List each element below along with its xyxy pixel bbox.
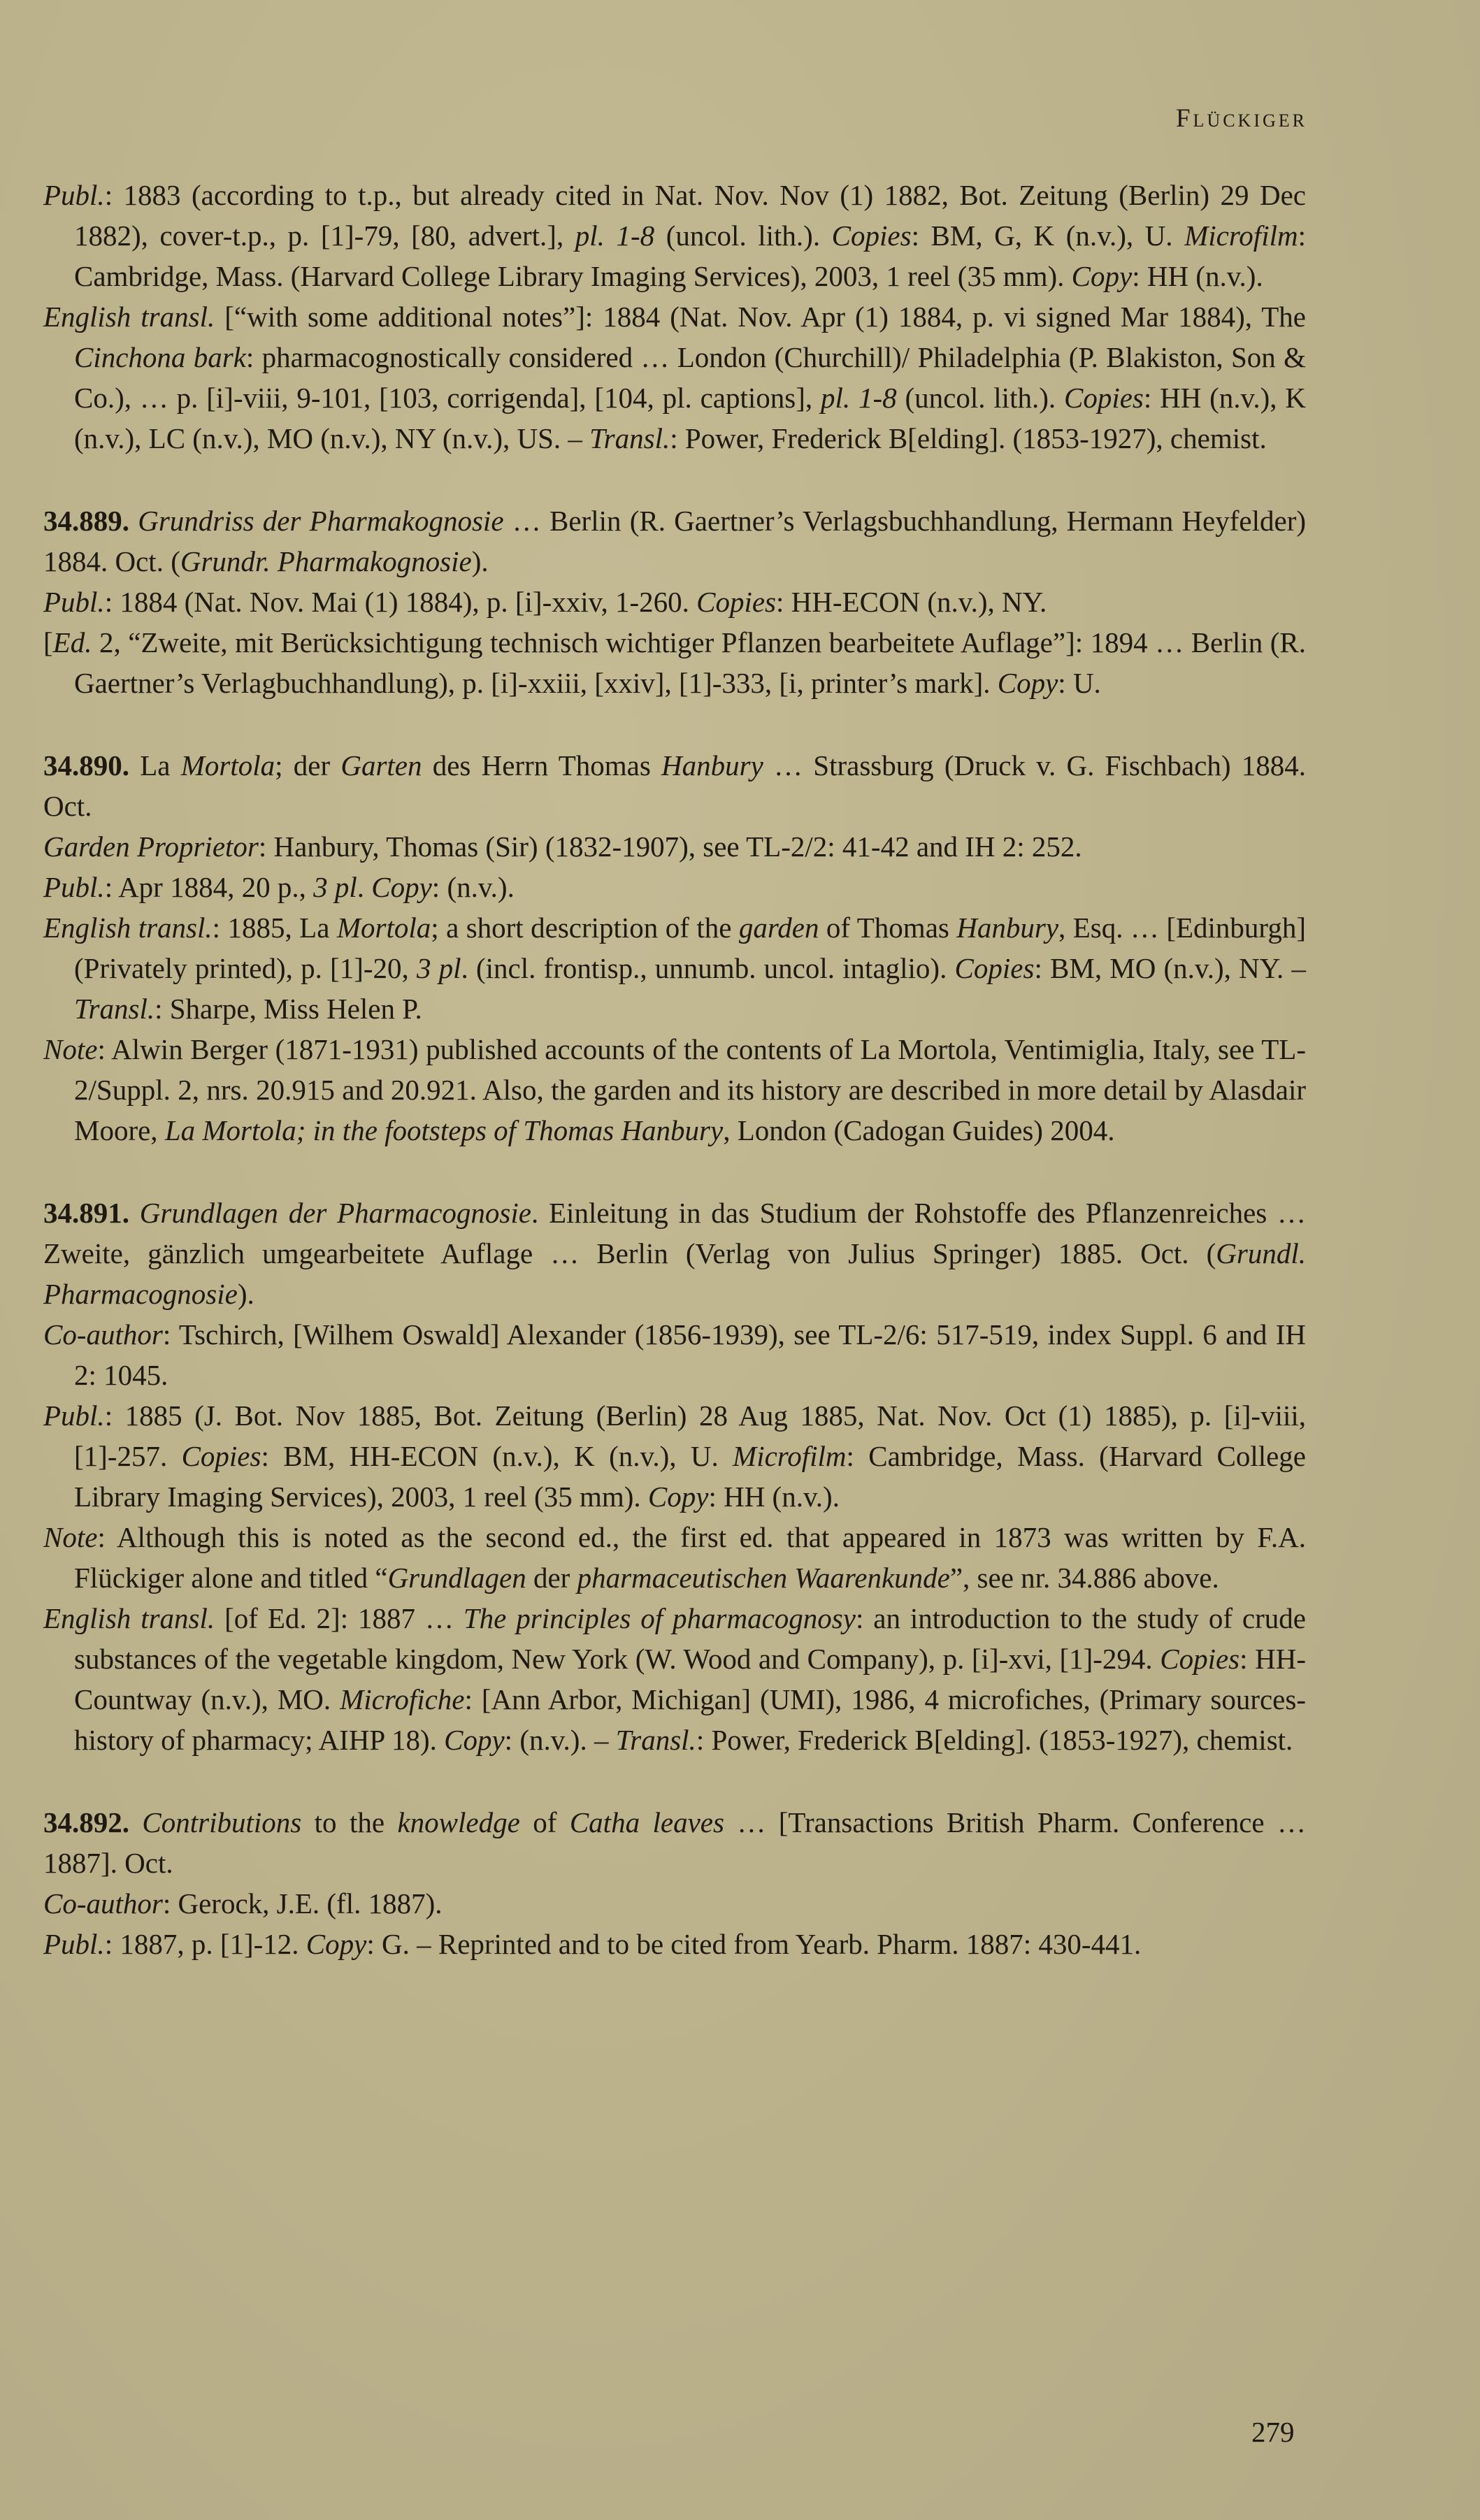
text: : 1884 (Nat. Nov. Mai (1) 1884), p. [i]-… [105, 586, 696, 618]
text: ; der [275, 749, 340, 782]
text: : (n.v.). [432, 871, 515, 903]
entry-heading: 34.890. La Mortola; der Garten des Herrn… [43, 745, 1306, 826]
italic-text: Note [43, 1521, 97, 1553]
italic-text: Contributions [142, 1806, 301, 1838]
italic-text: Transl. [616, 1724, 696, 1756]
italic-text: Copy [998, 667, 1058, 699]
entry-field: Co-author: Gerock, J.E. (fl. 1887). [43, 1883, 1306, 1924]
entry-number: 34.892. [43, 1806, 129, 1838]
text: ). [238, 1278, 254, 1310]
text: : (n.v.). – [505, 1724, 616, 1756]
italic-text: Grundr. Pharmakognosie [180, 545, 472, 577]
entry-number: 34.891. [43, 1197, 129, 1229]
entry-heading: 34.889. Grundriss der Pharmakognosie … B… [43, 501, 1306, 582]
italic-text: Copies [182, 1440, 261, 1472]
entry-34-892: 34.892. Contributions to the knowledge o… [43, 1802, 1306, 1964]
entry-field: Publ.: 1887, p. [1]-12. Copy: G. – Repri… [43, 1924, 1306, 1964]
italic-text: Grundlagen der Pharmacognosie [140, 1197, 531, 1229]
text: : G. – Reprinted and to be cited from Ye… [366, 1928, 1141, 1960]
text: : 1885, La [213, 912, 337, 944]
entry-field: Note: Alwin Berger (1871-1931) published… [43, 1029, 1306, 1151]
italic-text: Mortola [337, 912, 431, 944]
italic-text: Publ. [43, 586, 105, 618]
entry-field: [Ed. 2, “Zweite, mit Berücksichtigung te… [43, 622, 1306, 703]
italic-text: English transl. [43, 912, 213, 944]
italic-text: Copies [832, 219, 912, 252]
text: : BM, HH-ECON (n.v.), K (n.v.), U. [261, 1440, 733, 1472]
entry-field: Garden Proprietor: Hanbury, Thomas (Sir)… [43, 826, 1306, 867]
italic-text: La Mortola; in the footsteps of Thomas H… [165, 1114, 723, 1146]
italic-text: Microfilm [733, 1440, 846, 1472]
italic-text: Cinchona bark [74, 341, 246, 373]
text: : Gerock, J.E. (fl. 1887). [163, 1887, 443, 1920]
entry-field: Publ.: 1884 (Nat. Nov. Mai (1) 1884), p.… [43, 582, 1306, 622]
italic-text: knowledge [397, 1806, 519, 1838]
italic-text: Copy [648, 1481, 709, 1513]
italic-text: Note [43, 1033, 97, 1065]
text: : 1887, p. [1]-12. [105, 1928, 306, 1960]
text: der [526, 1562, 577, 1594]
text: : Tschirch, [Wilhem Oswald] Alexander (1… [74, 1318, 1306, 1391]
text: ”, see nr. 34.886 above. [950, 1562, 1219, 1594]
text [129, 1806, 142, 1838]
italic-text: English transl. [43, 301, 215, 333]
entry-34-891: 34.891. Grundlagen der Pharmacognosie. E… [43, 1193, 1306, 1760]
entry-heading: 34.892. Contributions to the knowledge o… [43, 1802, 1306, 1883]
text: : Power, Frederick B[elding]. (1853-1927… [696, 1724, 1293, 1756]
text: of [520, 1806, 570, 1838]
entry-number: 34.890. [43, 749, 129, 782]
italic-text: Grundriss der Pharmakognosie [138, 505, 503, 537]
italic-text: pl. 1-8 [575, 219, 654, 252]
italic-text: Copy [444, 1724, 505, 1756]
italic-text: Copies [1064, 382, 1144, 414]
italic-text: Mortola [181, 749, 275, 782]
text: La [129, 749, 181, 782]
italic-text: Hanbury [956, 912, 1058, 944]
entry-field: Publ.: Apr 1884, 20 p., 3 pl. Copy: (n.v… [43, 867, 1306, 907]
italic-text: garden [739, 912, 819, 944]
entry-34-890: 34.890. La Mortola; der Garten des Herrn… [43, 745, 1306, 1151]
running-head: Flückiger [1133, 103, 1307, 134]
text: to the [301, 1806, 397, 1838]
text: des Herrn Thomas [422, 749, 662, 782]
italic-text: Copies [1160, 1643, 1240, 1675]
text: . [357, 871, 372, 903]
italic-text: English transl. [43, 1602, 215, 1634]
italic-text: 3 pl [313, 871, 357, 903]
bibliography-entries: Publ.: 1883 (according to t.p., but alre… [43, 175, 1306, 2006]
italic-text: Co-author [43, 1887, 163, 1920]
italic-text: Hanbury [661, 749, 763, 782]
italic-text: Catha leaves [570, 1806, 724, 1838]
italic-text: 3 pl [417, 952, 461, 984]
text: : Apr 1884, 20 p., [105, 871, 313, 903]
italic-text: Copy [1072, 260, 1133, 292]
text: [“with some additional notes”]: 1884 (Na… [215, 301, 1306, 333]
italic-text: The principles of pharmacognosy [464, 1602, 856, 1634]
text: [ [43, 626, 53, 658]
entry-field: Note: Although this is noted as the seco… [43, 1517, 1306, 1598]
text: , London (Cadogan Guides) 2004. [723, 1114, 1114, 1146]
text: ; a short description of the [431, 912, 739, 944]
text: : HH (n.v.). [1132, 260, 1263, 292]
text: : BM, G, K (n.v.), U. [912, 219, 1185, 252]
italic-text: Garden Proprietor [43, 830, 259, 863]
text: : HH (n.v.). [708, 1481, 840, 1513]
italic-text: Publ. [43, 1928, 105, 1960]
italic-text: Grundlagen [388, 1562, 526, 1594]
text: : Hanbury, Thomas (Sir) (1832-1907), see… [259, 830, 1082, 863]
entry-34-889: 34.889. Grundriss der Pharmakognosie … B… [43, 501, 1306, 703]
italic-text: Garten [340, 749, 422, 782]
italic-text: Co-author [43, 1318, 163, 1351]
text [129, 1197, 140, 1229]
text: : HH-ECON (n.v.), NY. [776, 586, 1047, 618]
text: . (incl. frontisp., unnumb. uncol. intag… [461, 952, 955, 984]
entry-number: 34.889. [43, 505, 129, 537]
text: of Thomas [819, 912, 956, 944]
entry-field: English transl. [“with some additional n… [43, 296, 1306, 459]
text: [of Ed. 2]: 1887 … [215, 1602, 464, 1634]
text: (uncol. lith.). [897, 382, 1064, 414]
italic-text: pharmaceutischen Waarenkunde [577, 1562, 950, 1594]
italic-text: Transl. [74, 993, 155, 1025]
entry-field: Co-author: Tschirch, [Wilhem Oswald] Ale… [43, 1314, 1306, 1395]
text: : Power, Frederick B[elding]. (1853-1927… [670, 422, 1266, 454]
italic-text: Publ. [43, 1399, 105, 1432]
text [129, 505, 138, 537]
italic-text: Copies [696, 586, 776, 618]
text: ). [472, 545, 489, 577]
text: 2, “Zweite, mit Berücksichtigung technis… [74, 626, 1306, 699]
entry-heading: 34.891. Grundlagen der Pharmacognosie. E… [43, 1193, 1306, 1314]
text: (uncol. lith.). [654, 219, 832, 252]
italic-text: pl. 1-8 [821, 382, 897, 414]
text: : BM, MO (n.v.), NY. – [1034, 952, 1306, 984]
italic-text: Copies [955, 952, 1035, 984]
entry-field: English transl.: 1885, La Mortola; a sho… [43, 907, 1306, 1029]
italic-text: Publ. [43, 179, 105, 211]
entry-field: Publ.: 1883 (according to t.p., but alre… [43, 175, 1306, 296]
italic-text: Microfiche [340, 1683, 464, 1715]
italic-text: Ed. [53, 626, 92, 658]
italic-text: Copy [371, 871, 432, 903]
text: : U. [1058, 667, 1101, 699]
italic-text: Copy [306, 1928, 367, 1960]
entry-field: Publ.: 1885 (J. Bot. Nov 1885, Bot. Zeit… [43, 1395, 1306, 1517]
text: : Sharpe, Miss Helen P. [155, 993, 422, 1025]
page-number: 279 [1251, 2415, 1295, 2449]
entry-continuation: Publ.: 1883 (according to t.p., but alre… [43, 175, 1306, 459]
italic-text: Microfilm [1184, 219, 1298, 252]
entry-field: English transl. [of Ed. 2]: 1887 … The p… [43, 1598, 1306, 1760]
italic-text: Publ. [43, 871, 105, 903]
italic-text: Transl. [589, 422, 670, 454]
